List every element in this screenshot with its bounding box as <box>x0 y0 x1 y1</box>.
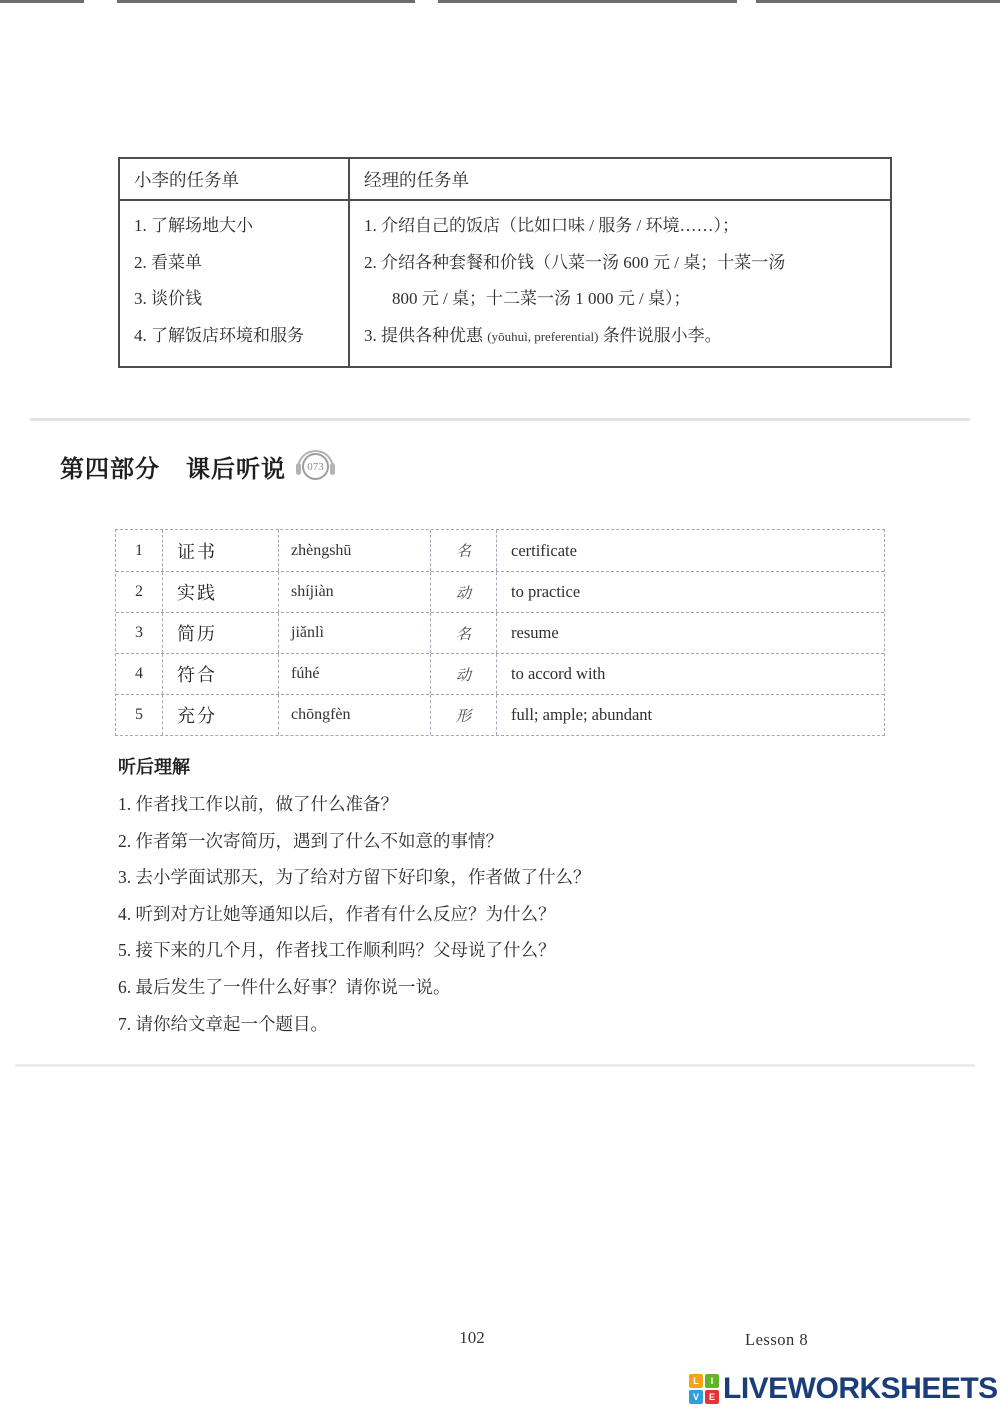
liveworksheets-icon: L I V E <box>689 1374 719 1404</box>
vocab-pos: 形 <box>430 695 496 735</box>
task-list-manager: 1. 介绍自己的饭店（比如口味 / 服务 / 环境……）； 2. 介绍各种套餐和… <box>350 201 890 366</box>
question-item: 7. 请你给文章起一个题目。 <box>118 1006 591 1043</box>
task-item-text: 3. 提供各种优惠 <box>364 326 487 345</box>
task-item: 3. 谈价钱 <box>134 281 336 318</box>
vocab-pos: 名 <box>430 613 496 653</box>
task-item: 3. 提供各种优惠 (yōuhuì, preferential) 条件说服小李。 <box>364 318 878 356</box>
vocab-pinyin: zhèngshū <box>278 530 430 571</box>
vocab-english: to practice <box>496 572 884 612</box>
scan-artifact-top <box>756 0 1000 3</box>
comprehension-questions: 1. 作者找工作以前，做了什么准备？ 2. 作者第一次寄简历，遇到了什么不如意的… <box>118 786 591 1042</box>
task-item-text: 条件说服小李。 <box>598 326 721 345</box>
question-item: 1. 作者找工作以前，做了什么准备？ <box>118 786 591 823</box>
pinyin-gloss-note: (yōuhuì, preferential) <box>487 329 598 344</box>
scan-artifact-line <box>15 1064 975 1067</box>
scan-artifact-top <box>438 0 737 3</box>
vocab-pinyin: shíjiàn <box>278 572 430 612</box>
question-item: 4. 听到对方让她等通知以后，作者有什么反应？为什么？ <box>118 896 591 933</box>
section-name-label: 课后听说 <box>186 449 286 484</box>
question-item: 2. 作者第一次寄简历，遇到了什么不如意的事情？ <box>118 823 591 860</box>
vocab-pinyin: chōngfèn <box>278 695 430 735</box>
scan-artifact-top <box>0 0 84 3</box>
vocab-hanzi: 充分 <box>162 695 278 735</box>
vocab-english: resume <box>496 613 884 653</box>
vocab-hanzi: 简历 <box>162 613 278 653</box>
question-item: 6. 最后发生了一件什么好事？请你说一说。 <box>118 969 591 1006</box>
headphone-ear-icon <box>330 463 335 475</box>
vocabulary-table: 1 证书 zhèngshū 名 certificate 2 实践 shíjiàn… <box>115 529 885 736</box>
task-table-header-left: 小李的任务单 <box>120 159 350 201</box>
vocab-english: full; ample; abundant <box>496 695 884 735</box>
vocab-row: 4 符合 fúhé 动 to accord with <box>116 653 884 694</box>
document-page: 小李的任务单 经理的任务单 1. 了解场地大小 2. 看菜单 3. 谈价钱 4.… <box>0 0 1000 1414</box>
task-item: 4. 了解饭店环境和服务 <box>134 318 336 355</box>
logo-square-v: V <box>689 1390 703 1404</box>
vocab-row: 5 充分 chōngfèn 形 full; ample; abundant <box>116 694 884 735</box>
vocab-pos: 动 <box>430 572 496 612</box>
task-table: 小李的任务单 经理的任务单 1. 了解场地大小 2. 看菜单 3. 谈价钱 4.… <box>118 157 892 368</box>
page-number: 102 <box>432 1328 512 1348</box>
scan-artifact-line <box>30 418 970 421</box>
vocab-pinyin: fúhé <box>278 654 430 694</box>
vocab-number: 5 <box>116 695 162 735</box>
vocab-number: 3 <box>116 613 162 653</box>
liveworksheets-logo[interactable]: L I V E LIVEWORKSHEETS <box>689 1374 998 1404</box>
task-item: 1. 介绍自己的饭店（比如口味 / 服务 / 环境……）； <box>364 208 878 245</box>
vocab-row: 1 证书 zhèngshū 名 certificate <box>116 530 884 571</box>
question-item: 3. 去小学面试那天，为了给对方留下好印象，作者做了什么？ <box>118 859 591 896</box>
vocab-english: to accord with <box>496 654 884 694</box>
audio-track-badge: 073 <box>302 453 329 480</box>
headphone-ear-icon <box>296 463 301 475</box>
vocab-number: 1 <box>116 530 162 571</box>
vocab-english: certificate <box>496 530 884 571</box>
task-table-header-right: 经理的任务单 <box>350 159 890 201</box>
task-item: 1. 了解场地大小 <box>134 208 336 245</box>
vocab-pos: 名 <box>430 530 496 571</box>
comprehension-title: 听后理解 <box>118 753 190 779</box>
task-list-xiaoli: 1. 了解场地大小 2. 看菜单 3. 谈价钱 4. 了解饭店环境和服务 <box>120 201 350 366</box>
question-item: 5. 接下来的几个月，作者找工作顺利吗？父母说了什么？ <box>118 932 591 969</box>
logo-square-i: I <box>705 1374 719 1388</box>
vocab-number: 4 <box>116 654 162 694</box>
headphones-icon <box>297 450 334 469</box>
task-item: 2. 介绍各种套餐和价钱（八菜一汤 600 元 / 桌；十菜一汤 <box>364 245 878 282</box>
vocab-pinyin: jiǎnlì <box>278 613 430 653</box>
logo-text: LIVEWORKSHEETS <box>723 1374 998 1404</box>
vocab-hanzi: 符合 <box>162 654 278 694</box>
section-header: 第四部分 课后听说 073 <box>60 449 329 484</box>
task-item-continuation: 800 元 / 桌；十二菜一汤 1 000 元 / 桌）； <box>364 281 878 318</box>
vocab-hanzi: 实践 <box>162 572 278 612</box>
vocab-number: 2 <box>116 572 162 612</box>
logo-square-l: L <box>689 1374 703 1388</box>
section-part-label: 第四部分 <box>60 449 160 484</box>
task-item: 2. 看菜单 <box>134 245 336 282</box>
lesson-label: Lesson 8 <box>745 1330 808 1350</box>
logo-square-e: E <box>705 1390 719 1404</box>
vocab-hanzi: 证书 <box>162 530 278 571</box>
vocab-row: 2 实践 shíjiàn 动 to practice <box>116 571 884 612</box>
vocab-pos: 动 <box>430 654 496 694</box>
scan-artifact-top <box>117 0 415 3</box>
vocab-row: 3 简历 jiǎnlì 名 resume <box>116 612 884 653</box>
